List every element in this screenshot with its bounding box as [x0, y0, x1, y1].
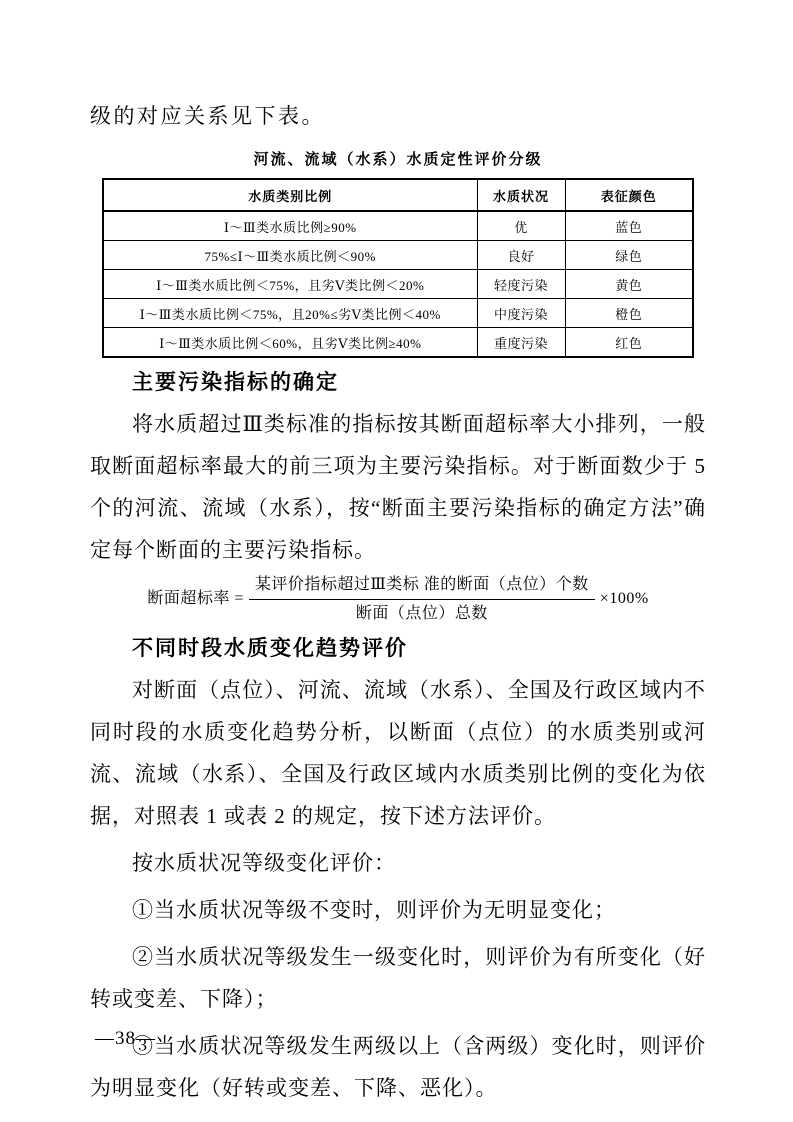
table-title: 河流、流域（水系）水质定性评价分级 [90, 148, 706, 172]
exceedance-rate-formula: 断面超标率 = 某评价指标超过Ⅲ类标 准的断面（点位）个数 断面（点位）总数 ×… [90, 574, 706, 624]
formula-rhs: ×100% [600, 588, 649, 610]
table-cell: Ⅰ～Ⅲ类水质比例≥90% [103, 211, 477, 241]
table-cell: 轻度污染 [477, 270, 565, 299]
table-cell: Ⅰ～Ⅲ类水质比例＜75%，且劣Ⅴ类比例＜20% [103, 270, 477, 299]
paragraph-main-pollutants: 将水质超过Ⅲ类标准的指标按其断面超标率大小排列，一般取断面超标率最大的前三项为主… [90, 403, 706, 571]
table-cell: 红色 [565, 328, 693, 358]
table-row: Ⅰ～Ⅲ类水质比例＜75%，且20%≤劣Ⅴ类比例＜40% 中度污染 橙色 [103, 299, 693, 328]
paragraph-trend-evaluation: 对断面（点位）、河流、流域（水系）、全国及行政区域内不同时段的水质变化趋势分析，… [90, 669, 706, 837]
table-cell: Ⅰ～Ⅲ类水质比例＜60%，且劣Ⅴ类比例≥40% [103, 328, 477, 358]
formula-fraction: 某评价指标超过Ⅲ类标 准的断面（点位）个数 断面（点位）总数 [249, 574, 595, 624]
header-cell-color: 表征颜色 [565, 179, 693, 211]
table-row: Ⅰ～Ⅲ类水质比例≥90% 优 蓝色 [103, 211, 693, 241]
formula-numerator: 某评价指标超过Ⅲ类标 准的断面（点位）个数 [249, 574, 595, 600]
header-cell-category-ratio: 水质类别比例 [103, 179, 477, 211]
header-cell-quality-status: 水质状况 [477, 179, 565, 211]
table-row: 75%≤Ⅰ～Ⅲ类水质比例＜90% 良好 绿色 [103, 241, 693, 270]
section-heading-main-pollutants: 主要污染指标的确定 [132, 368, 706, 398]
formula-lhs: 断面超标率 = [147, 588, 244, 610]
table-cell: 橙色 [565, 299, 693, 328]
table-cell: 良好 [477, 241, 565, 270]
intro-paragraph: 级的对应关系见下表。 [90, 101, 706, 131]
water-quality-grading-table: 水质类别比例 水质状况 表征颜色 Ⅰ～Ⅲ类水质比例≥90% 优 蓝色 75%≤Ⅰ… [102, 178, 694, 358]
table-cell: Ⅰ～Ⅲ类水质比例＜75%，且20%≤劣Ⅴ类比例＜40% [103, 299, 477, 328]
table-header-row: 水质类别比例 水质状况 表征颜色 [103, 179, 693, 211]
paragraph-grade-change-intro: 按水质状况等级变化评价： [90, 842, 706, 884]
formula-denominator: 断面（点位）总数 [249, 600, 595, 625]
table-row: Ⅰ～Ⅲ类水质比例＜60%，且劣Ⅴ类比例≥40% 重度污染 红色 [103, 328, 693, 358]
document-page: 级的对应关系见下表。 河流、流域（水系）水质定性评价分级 水质类别比例 水质状况… [0, 0, 793, 1122]
table-cell: 75%≤Ⅰ～Ⅲ类水质比例＜90% [103, 241, 477, 270]
table-cell: 重度污染 [477, 328, 565, 358]
table-cell: 蓝色 [565, 211, 693, 241]
page-number: —38— [95, 1028, 156, 1050]
table-cell: 中度污染 [477, 299, 565, 328]
list-item-one-grade-change: ②当水质状况等级发生一级变化时，则评价为有所变化（好转或变差、下降）； [90, 936, 706, 1020]
table-cell: 绿色 [565, 241, 693, 270]
list-item-no-change: ①当水质状况等级不变时，则评价为无明显变化； [90, 889, 706, 931]
table-cell: 黄色 [565, 270, 693, 299]
table-cell: 优 [477, 211, 565, 241]
list-item-two-grade-change: ③当水质状况等级发生两级以上（含两级）变化时，则评价为明显变化（好转或变差、下降… [90, 1025, 706, 1109]
table-row: Ⅰ～Ⅲ类水质比例＜75%，且劣Ⅴ类比例＜20% 轻度污染 黄色 [103, 270, 693, 299]
section-heading-trend-evaluation: 不同时段水质变化趋势评价 [132, 634, 706, 664]
